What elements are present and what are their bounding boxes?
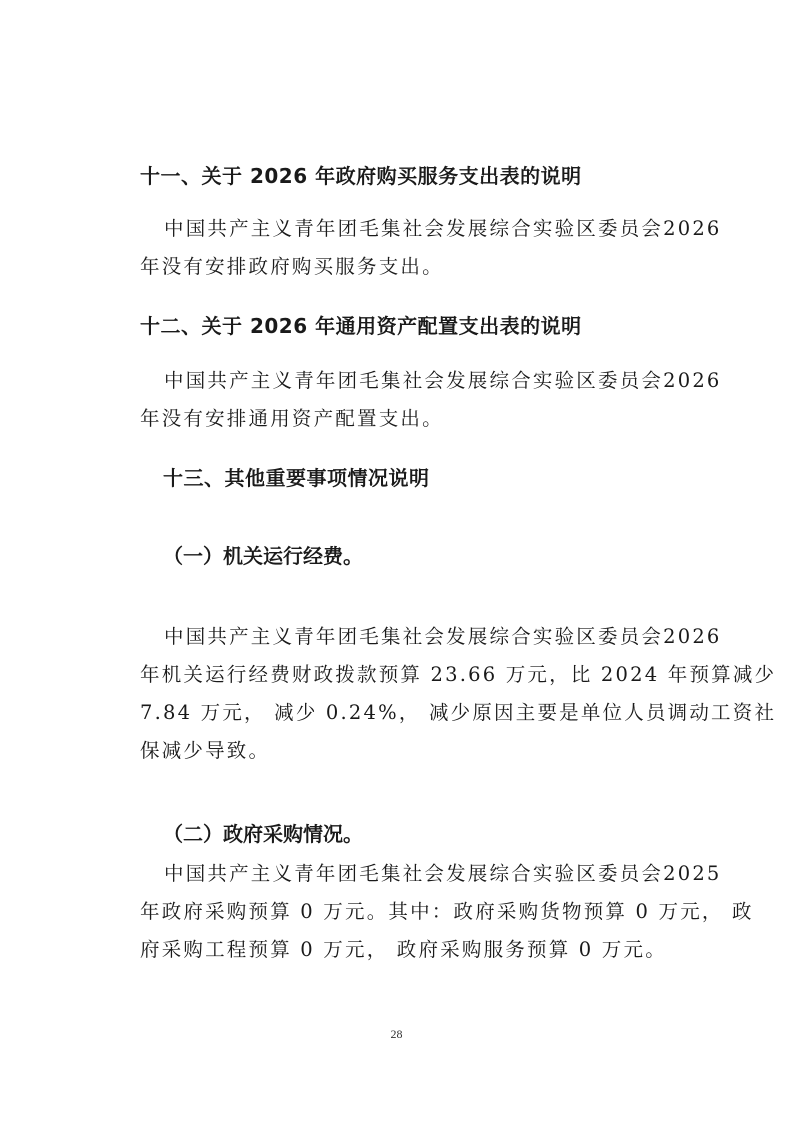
procurement-paragraph: 中国共产主义青年团毛集社会发展综合实验区委员会2025 年政府采购预算 0 万元… <box>140 855 710 969</box>
paragraph-line: 中国共产主义青年团毛集社会发展综合实验区委员会2025 <box>140 855 710 893</box>
document-page: 十一、关于 2026 年政府购买服务支出表的说明 中国共产主义青年团毛集社会发展… <box>0 0 793 1122</box>
operating-costs-paragraph: 中国共产主义青年团毛集社会发展综合实验区委员会2026 年机关运行经费财政拨款预… <box>140 618 710 770</box>
paragraph-line: 府采购工程预算 0 万元， 政府采购服务预算 0 万元。 <box>140 931 710 969</box>
section-heading-12: 十二、关于 2026 年通用资产配置支出表的说明 <box>140 310 710 339</box>
paragraph-line: 中国共产主义青年团毛集社会发展综合实验区委员会2026 <box>140 210 710 248</box>
page-number: 28 <box>0 1027 793 1042</box>
section-11-paragraph: 中国共产主义青年团毛集社会发展综合实验区委员会2026 年没有安排政府购买服务支… <box>140 210 710 286</box>
section-heading-13: 十三、其他重要事项情况说明 <box>163 462 733 491</box>
subsection-heading-operating-costs: （一）机关运行经费。 <box>163 540 733 569</box>
paragraph-line: 年机关运行经费财政拨款预算 23.66 万元，比 2024 年预算减少 <box>140 656 710 694</box>
paragraph-line: 7.84 万元， 减少 0.24%， 减少原因主要是单位人员调动工资社 <box>140 694 710 732</box>
paragraph-line: 年政府采购预算 0 万元。其中：政府采购货物预算 0 万元， 政 <box>140 893 710 931</box>
section-12-paragraph: 中国共产主义青年团毛集社会发展综合实验区委员会2026 年没有安排通用资产配置支… <box>140 362 710 438</box>
subsection-heading-procurement: （二）政府采购情况。 <box>163 818 733 847</box>
paragraph-line: 年没有安排政府购买服务支出。 <box>140 248 710 286</box>
paragraph-line: 保减少导致。 <box>140 732 710 770</box>
section-heading-11: 十一、关于 2026 年政府购买服务支出表的说明 <box>140 160 710 189</box>
paragraph-line: 年没有安排通用资产配置支出。 <box>140 400 710 438</box>
paragraph-line: 中国共产主义青年团毛集社会发展综合实验区委员会2026 <box>140 618 710 656</box>
paragraph-line: 中国共产主义青年团毛集社会发展综合实验区委员会2026 <box>140 362 710 400</box>
